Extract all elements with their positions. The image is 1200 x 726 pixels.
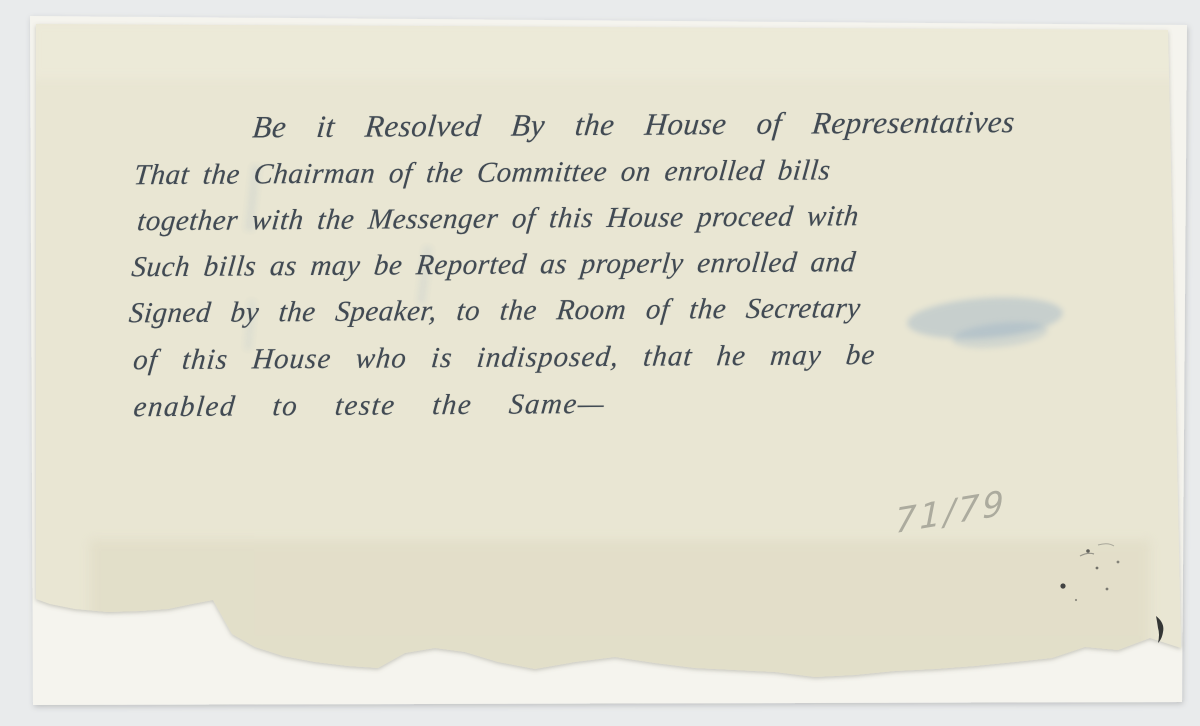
handwritten-line: together with the Messenger of this Hous… <box>136 197 861 240</box>
handwritten-line: of this House who is indisposed, that he… <box>132 336 878 379</box>
handwritten-line: Signed by the Speaker, to the Room of th… <box>127 289 862 332</box>
handwritten-line: enabled to teste the Same— <box>132 385 607 426</box>
handwritten-line: That the Chairman of the Committee on en… <box>132 151 832 194</box>
handwritten-line: Such bills as may be Reported as properl… <box>130 243 858 286</box>
handwritten-line: Be it Resolved By the House of Represent… <box>251 103 1017 146</box>
pencil-page-number: 71/79 <box>895 483 1007 542</box>
document-text: Be it Resolved By the House of Represent… <box>0 0 1200 726</box>
scanned-document: Be it Resolved By the House of Represent… <box>0 0 1200 726</box>
